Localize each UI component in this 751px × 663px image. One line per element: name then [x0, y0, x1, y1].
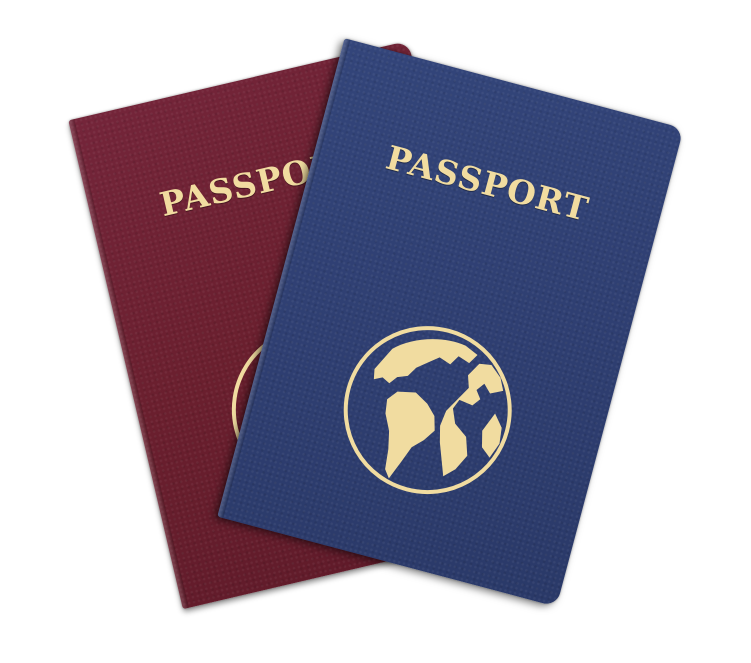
passports-illustration: PASSPORT PASSPORT	[0, 0, 751, 663]
globe-icon	[322, 304, 532, 514]
passport-title: PASSPORT	[312, 119, 661, 247]
